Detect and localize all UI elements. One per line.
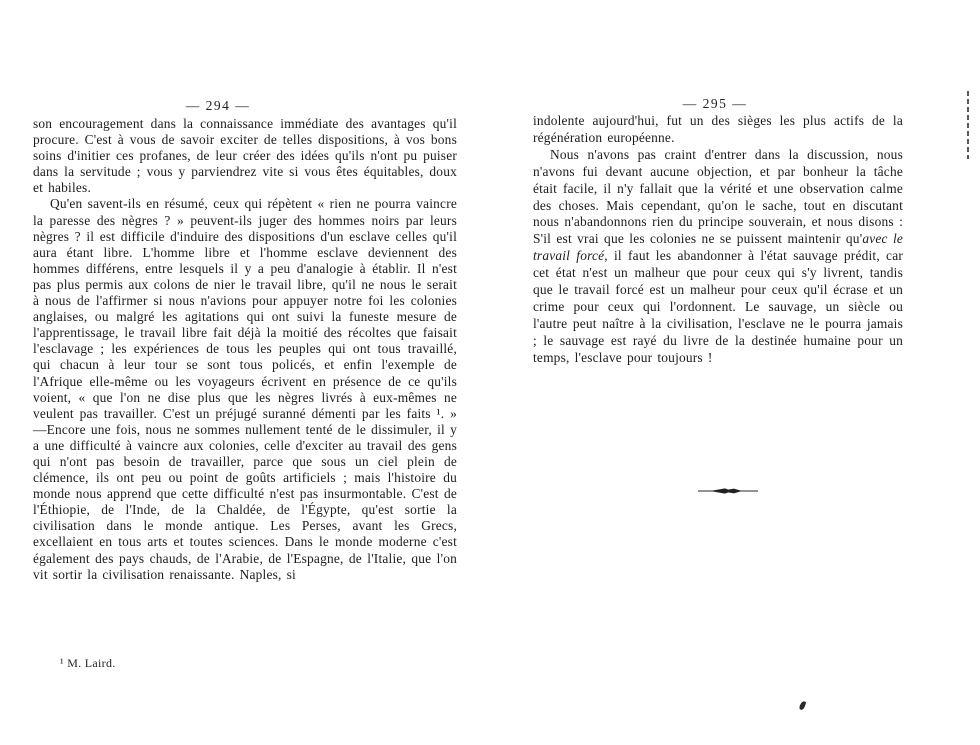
page-left-body: son encouragement dans la connaissance i… (33, 116, 457, 583)
swelled-rule-ornament-glyph (698, 487, 758, 495)
body-paragraph: son encouragement dans la connaissance i… (33, 116, 457, 196)
paragraph-text: , il faut les abandonner à l'état sauvag… (533, 248, 903, 364)
book-scan-spread: — 294 — son encouragement dans la connai… (0, 0, 980, 745)
body-paragraph: indolente aujourd'hui, fut un des sièges… (533, 113, 903, 147)
page-number-header-left: — 294 — (148, 98, 288, 114)
footnote: ¹ M. Laird. (60, 656, 116, 671)
body-paragraph: Qu'en savent-ils en résumé, ceux qui rép… (33, 196, 457, 582)
page-number-header-right: — 295 — (645, 96, 785, 112)
page-edge-scan-artifact (967, 91, 969, 159)
paragraph-text: Nous n'avons pas craint d'entrer dans la… (533, 147, 903, 247)
body-paragraph: Nous n'avons pas craint d'entrer dans la… (533, 147, 903, 367)
ink-speck-artifact (799, 700, 807, 710)
swelled-rule-ornament (698, 482, 758, 500)
page-right-body: indolente aujourd'hui, fut un des sièges… (533, 113, 903, 367)
